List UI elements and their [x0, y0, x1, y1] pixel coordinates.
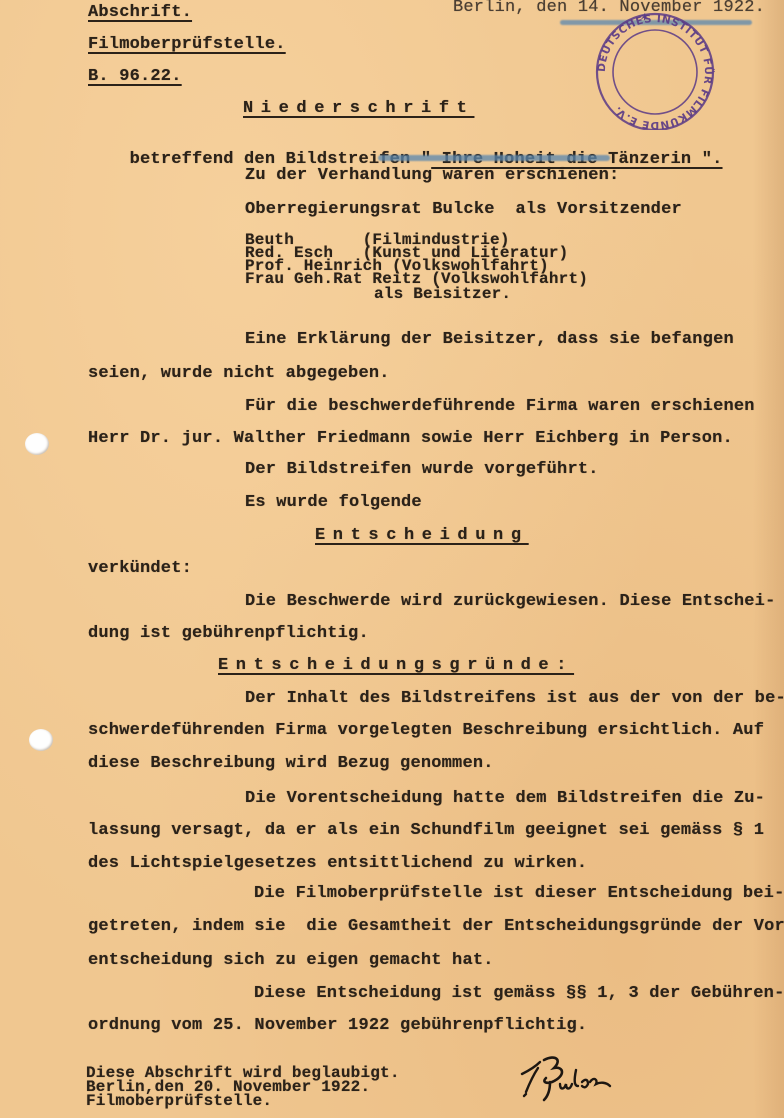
- document-page: Abschrift. Filmoberprüfstelle. B. 96.22.…: [0, 0, 784, 1118]
- institute-stamp: DEUTSCHES INSTITUT FÜR FILMKUNDE E.V. *: [593, 12, 717, 130]
- file-number: B. 96.22.: [88, 68, 182, 85]
- assessors-role: als Beisitzer.: [374, 288, 511, 301]
- office-name: Filmoberprüfstelle.: [88, 36, 286, 53]
- document-title: Niederschrift: [243, 100, 474, 117]
- reasons-p2-line-2: lassung versagt, da er als ein Schundfil…: [88, 822, 764, 839]
- bias-line-2: seien, wurde nicht abgegeben.: [88, 365, 390, 382]
- screened-line: Der Bildstreifen wurde vorgeführt.: [245, 461, 599, 478]
- copy-label: Abschrift.: [88, 4, 192, 21]
- reasons-p4-line-1: Diese Entscheidung ist gemäss §§ 1, 3 de…: [254, 985, 784, 1002]
- reasons-heading: Entscheidungsgründe:: [218, 657, 574, 674]
- reasons-p3-line-1: Die Filmoberprüfstelle ist dieser Entsch…: [254, 885, 784, 902]
- reasons-p1-line-3: diese Beschreibung wird Bezug genommen.: [88, 755, 494, 772]
- reasons-p4-line-2: ordnung vom 25. November 1922 gebührenpf…: [88, 1017, 587, 1034]
- decision-announced: verkündet:: [88, 560, 192, 577]
- following-line: Es wurde folgende: [245, 494, 422, 511]
- stamp-star-icon: *: [641, 12, 649, 28]
- punch-hole-lower: [29, 729, 53, 751]
- reasons-p1-line-1: Der Inhalt des Bildstreifens ist aus der…: [245, 690, 784, 707]
- firm-line-2: Herr Dr. jur. Walther Friedmann sowie He…: [88, 430, 733, 447]
- blue-pencil-mark-title: [378, 155, 610, 161]
- chairman-line: Oberregierungsrat Bulcke als Vorsitzende…: [245, 201, 682, 218]
- reasons-p3-line-3: entscheidung sich zu eigen gemacht hat.: [88, 952, 494, 969]
- reasons-p3-line-2: getreten, indem sie die Gesamtheit der E…: [88, 918, 784, 935]
- bias-line-1: Eine Erklärung der Beisitzer, dass sie b…: [245, 331, 734, 348]
- punch-hole-upper: [25, 433, 49, 455]
- certification-line-3: Filmoberprüfstelle.: [86, 1095, 272, 1108]
- handwritten-signature: gez. Bulcke: [516, 1052, 626, 1104]
- decision-line-1: Die Beschwerde wird zurückgewiesen. Dies…: [245, 593, 776, 610]
- reasons-p2-line-3: des Lichtspielgesetzes entsittlichend zu…: [88, 855, 587, 872]
- reasons-p2-line-1: Die Vorentscheidung hatte dem Bildstreif…: [245, 790, 765, 807]
- reasons-p1-line-2: schwerdeführenden Firma vorgelegten Besc…: [88, 722, 764, 739]
- attendance-intro: Zu der Verhandlung waren erschienen:: [245, 167, 619, 184]
- decision-heading: Entscheidung: [315, 527, 529, 544]
- decision-line-2: dung ist gebührenpflichtig.: [88, 625, 369, 642]
- firm-line-1: Für die beschwerdeführende Firma waren e…: [245, 398, 755, 415]
